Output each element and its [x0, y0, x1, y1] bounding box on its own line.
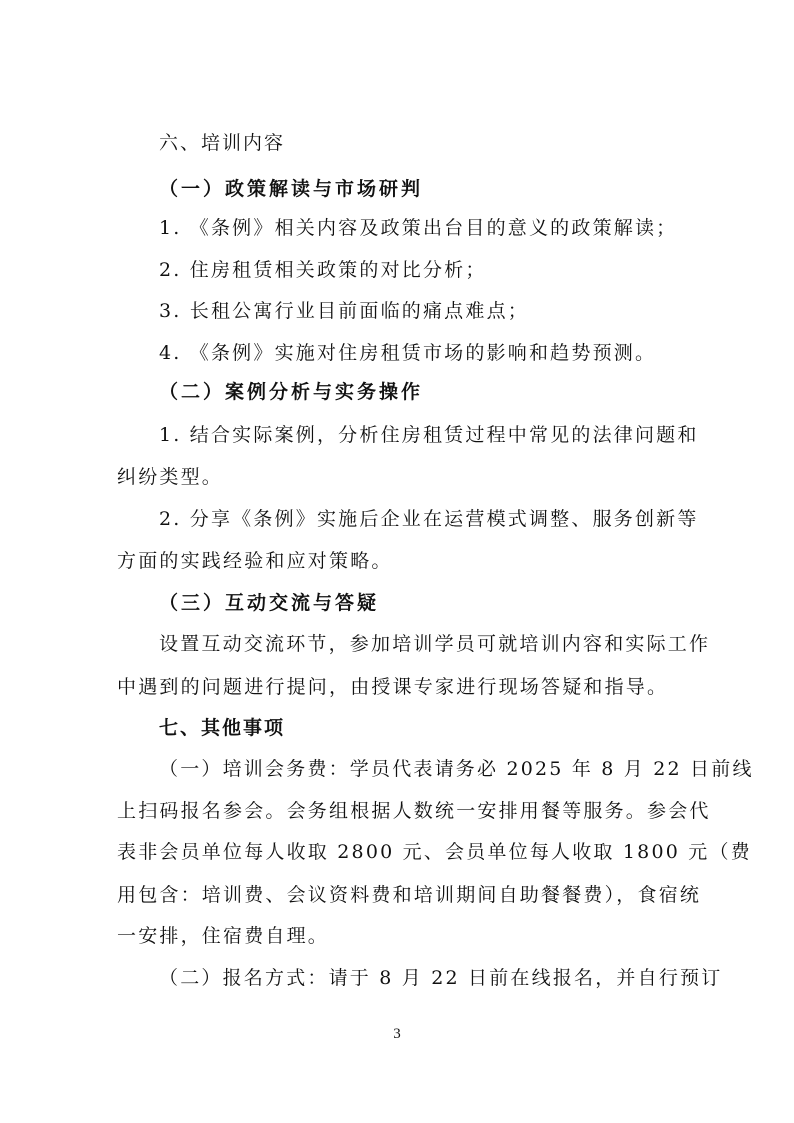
paragraph-line: （一）培训会务费：学员代表请务必 2025 年 8 月 22 日前线	[159, 757, 754, 781]
list-item: 1. 《条例》相关内容及政策出台目的意义的政策解读；	[159, 216, 677, 240]
list-item: 4. 《条例》实施对住房租赁市场的影响和趋势预测。	[159, 341, 656, 365]
paragraph-line: 中遇到的问题进行提问，由授课专家进行现场答疑和指导。	[117, 675, 668, 699]
section-7-heading: 七、其他事项	[159, 716, 285, 740]
paragraph-line: （二）报名方式：请于 8 月 22 日前在线报名，并自行预订	[159, 966, 722, 990]
subsection-1-heading: （一）政策解读与市场研判	[159, 177, 423, 201]
list-item: 3. 长租公寓行业目前面临的痛点难点；	[159, 299, 529, 323]
paragraph-line: 1. 结合实际案例，分析住房租赁过程中常见的法律问题和	[159, 423, 699, 447]
paragraph-line: 方面的实践经验和应对策略。	[117, 549, 393, 573]
paragraph-line: 用包含：培训费、会议资料费和培训期间自助餐餐费），食宿统	[117, 883, 701, 907]
section-6-heading: 六、培训内容	[159, 131, 285, 155]
paragraph-line: 纠纷类型。	[117, 465, 223, 489]
page-number: 3	[0, 1026, 794, 1043]
paragraph-line: 设置互动交流环节，参加培训学员可就培训内容和实际工作	[159, 632, 710, 656]
paragraph-line: 2. 分享《条例》实施后企业在运营模式调整、服务创新等	[159, 507, 699, 531]
list-item: 2. 住房租赁相关政策的对比分析；	[159, 258, 487, 282]
paragraph-line: 一安排，住宿费自理。	[117, 924, 329, 948]
subsection-2-heading: （二）案例分析与实务操作	[159, 380, 423, 404]
subsection-3-heading: （三）互动交流与答疑	[159, 591, 379, 615]
paragraph-line: 上扫码报名参会。会务组根据人数统一安排用餐等服务。参会代	[117, 799, 711, 823]
document-page: 六、培训内容 （一）政策解读与市场研判 1. 《条例》相关内容及政策出台目的意义…	[0, 0, 794, 1123]
paragraph-line: 表非会员单位每人收取 2800 元、会员单位每人收取 1800 元（费	[117, 840, 752, 864]
